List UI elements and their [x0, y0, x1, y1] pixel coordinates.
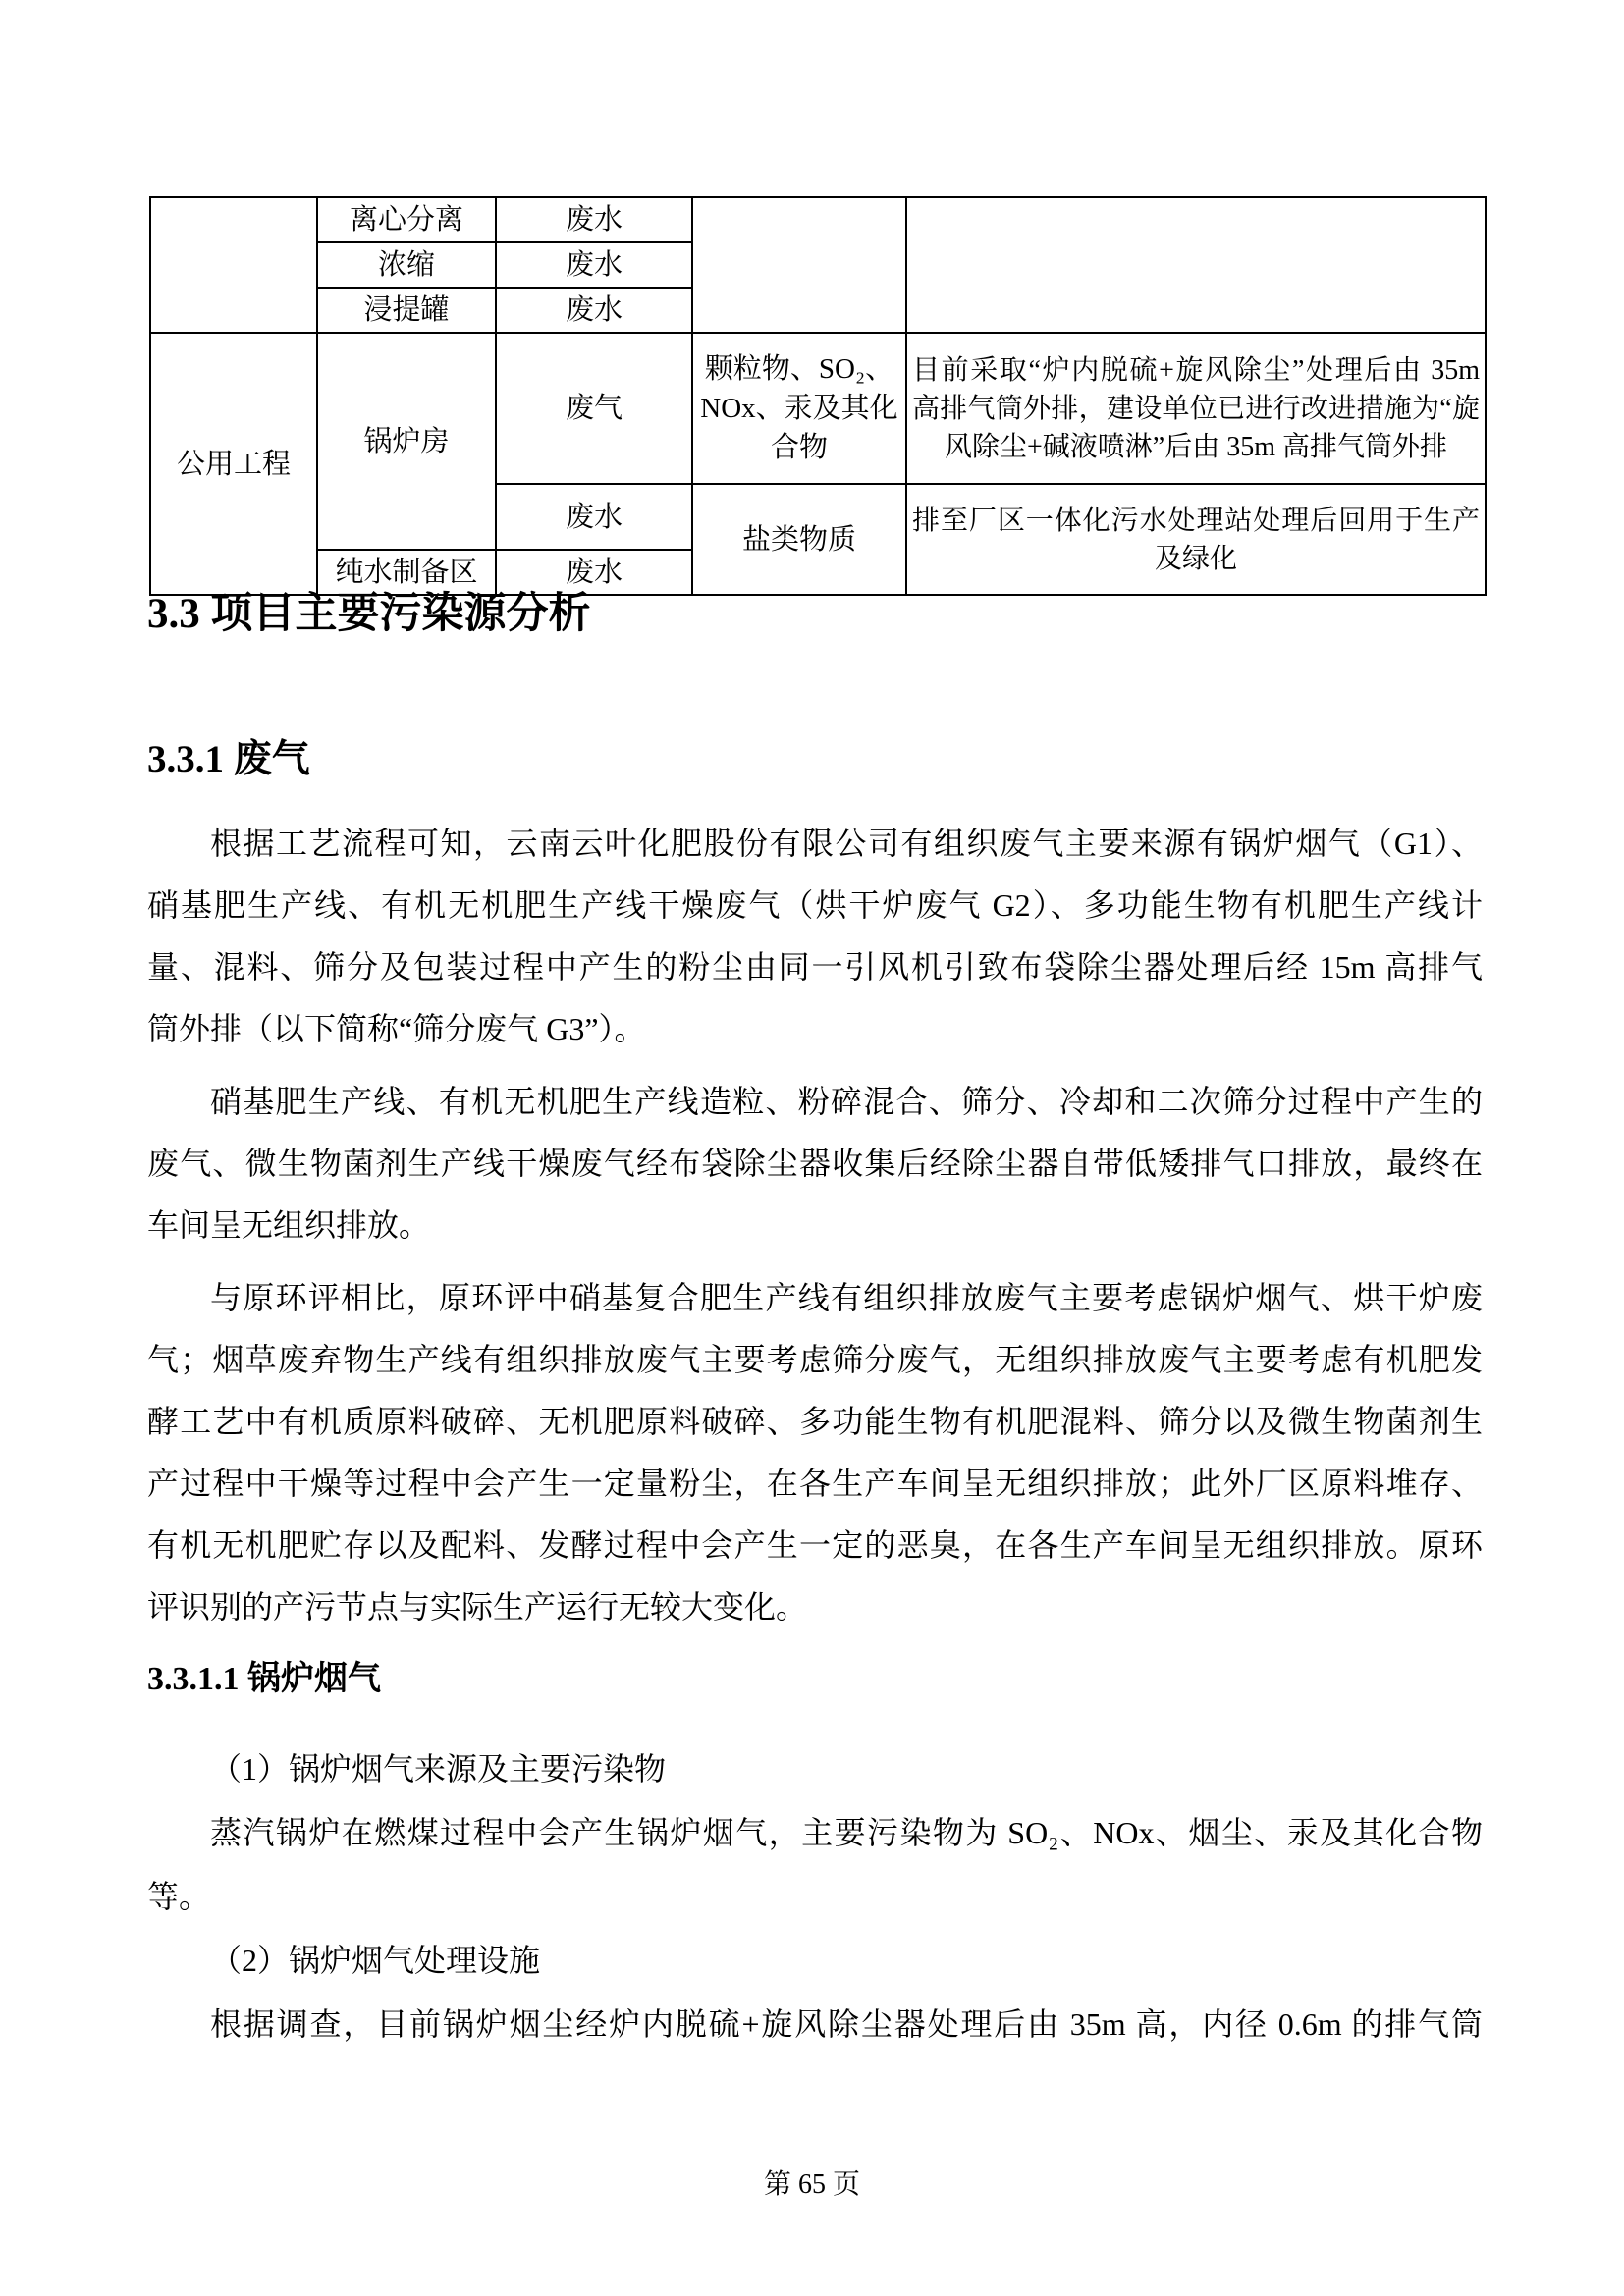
- section-heading-3-3-1-1: 3.3.1.1 锅炉烟气: [147, 1657, 381, 1702]
- table-cell: 锅炉房: [317, 333, 496, 550]
- section-heading-3-3-1: 3.3.1 废气: [147, 734, 310, 785]
- paragraph-line: 与原环评相比，原环评中硝基复合肥生产线有组织排放废气主要考虑锅炉烟气、烘干炉废: [147, 1267, 1483, 1329]
- paragraph-line: 根据工艺流程可知，云南云叶化肥股份有限公司有组织废气主要来源有锅炉烟气（G1）、: [147, 813, 1483, 875]
- paragraph-line: 废气、微生物菌剂生产线干燥废气经布袋除尘器收集后经除尘器自带低矮排气口排放，最终…: [147, 1133, 1483, 1195]
- table-cell: 废水: [496, 484, 692, 550]
- table-cell: 浓缩: [317, 242, 496, 288]
- table-cell: 废气: [496, 333, 692, 484]
- pollution-source-table: 离心分离废水浓缩废水浸提罐废水公用工程锅炉房废气颗粒物、SO₂、NOx、汞及其化…: [149, 196, 1487, 596]
- paragraph: 根据工艺流程可知，云南云叶化肥股份有限公司有组织废气主要来源有锅炉烟气（G1）、…: [147, 813, 1483, 1060]
- paragraph: 硝基肥生产线、有机无机肥生产线造粒、粉碎混合、筛分、冷却和二次筛分过程中产生的废…: [147, 1071, 1483, 1256]
- table-cell: 公用工程: [150, 333, 317, 595]
- table-cell: 废水: [496, 242, 692, 288]
- section-heading-3-3: 3.3 项目主要污染源分析: [147, 587, 591, 642]
- table-cell: 废水: [496, 197, 692, 242]
- paragraph-line: 评识别的产污节点与实际生产运行无较大变化。: [147, 1576, 1483, 1638]
- page-number: 第 65 页: [0, 2165, 1624, 2205]
- paragraph: （1）锅炉烟气来源及主要污染物蒸汽锅炉在燃煤过程中会产生锅炉烟气，主要污染物为 …: [147, 1737, 1483, 2056]
- pollution-table-body: 离心分离废水浓缩废水浸提罐废水公用工程锅炉房废气颗粒物、SO₂、NOx、汞及其化…: [150, 197, 1486, 595]
- body-paragraphs: 根据工艺流程可知，云南云叶化肥股份有限公司有组织废气主要来源有锅炉烟气（G1）、…: [147, 813, 1483, 1638]
- table-cell: 排至厂区一体化污水处理站处理后回用于生产及绿化: [906, 484, 1486, 595]
- paragraph-line: 根据调查，目前锅炉烟尘经炉内脱硫+旋风除尘器处理后由 35m 高，内径 0.6m…: [147, 1993, 1483, 2056]
- table-cell: 离心分离: [317, 197, 496, 242]
- paragraph-line: （1）锅炉烟气来源及主要污染物: [147, 1737, 1483, 1801]
- table-cell: 颗粒物、SO₂、NOx、汞及其化合物: [692, 333, 906, 484]
- table-cell: 废水: [496, 288, 692, 333]
- table-cell-empty: [692, 197, 906, 333]
- document-page: 离心分离废水浓缩废水浸提罐废水公用工程锅炉房废气颗粒物、SO₂、NOx、汞及其化…: [0, 0, 1624, 2296]
- table-row: 离心分离废水: [150, 197, 1486, 242]
- paragraph-line: 硝基肥生产线、有机无机肥生产线造粒、粉碎混合、筛分、冷却和二次筛分过程中产生的: [147, 1071, 1483, 1133]
- paragraph-line: 等。: [147, 1865, 1483, 1929]
- paragraph-line: 硝基肥生产线、有机无机肥生产线干燥废气（烘干炉废气 G2）、多功能生物有机肥生产…: [147, 875, 1483, 936]
- paragraph-line: 筒外排（以下简称“筛分废气 G3”）。: [147, 998, 1483, 1060]
- paragraph-line: 酵工艺中有机质原料破碎、无机肥原料破碎、多功能生物有机肥混料、筛分以及微生物菌剂…: [147, 1391, 1483, 1453]
- table-row: 公用工程锅炉房废气颗粒物、SO₂、NOx、汞及其化合物目前采取“炉内脱硫+旋风除…: [150, 333, 1486, 484]
- table-cell: 目前采取“炉内脱硫+旋风除尘”处理后由 35m 高排气筒外排，建设单位已进行改进…: [906, 333, 1486, 484]
- paragraph-line: 产过程中干燥等过程中会产生一定量粉尘，在各生产车间呈无组织排放；此外厂区原料堆存…: [147, 1453, 1483, 1515]
- subsection-paragraphs: （1）锅炉烟气来源及主要污染物蒸汽锅炉在燃煤过程中会产生锅炉烟气，主要污染物为 …: [147, 1737, 1483, 2056]
- table-cell-empty: [150, 197, 317, 333]
- paragraph-line: 车间呈无组织排放。: [147, 1195, 1483, 1256]
- table-cell-empty: [906, 197, 1486, 333]
- paragraph-line: 气；烟草废弃物生产线有组织排放废气主要考虑筛分废气，无组织排放废气主要考虑有机肥…: [147, 1329, 1483, 1391]
- table-cell: 盐类物质: [692, 484, 906, 595]
- paragraph-line: 量、混料、筛分及包装过程中产生的粉尘由同一引风机引致布袋除尘器处理后经 15m …: [147, 936, 1483, 998]
- paragraph-line: （2）锅炉烟气处理设施: [147, 1929, 1483, 1993]
- paragraph-line: 蒸汽锅炉在燃煤过程中会产生锅炉烟气，主要污染物为 SO₂、NOx、烟尘、汞及其化…: [147, 1801, 1483, 1865]
- paragraph: 与原环评相比，原环评中硝基复合肥生产线有组织排放废气主要考虑锅炉烟气、烘干炉废气…: [147, 1267, 1483, 1638]
- table-cell: 浸提罐: [317, 288, 496, 333]
- paragraph-line: 有机无机肥贮存以及配料、发酵过程中会产生一定的恶臭，在各生产车间呈无组织排放。原…: [147, 1515, 1483, 1576]
